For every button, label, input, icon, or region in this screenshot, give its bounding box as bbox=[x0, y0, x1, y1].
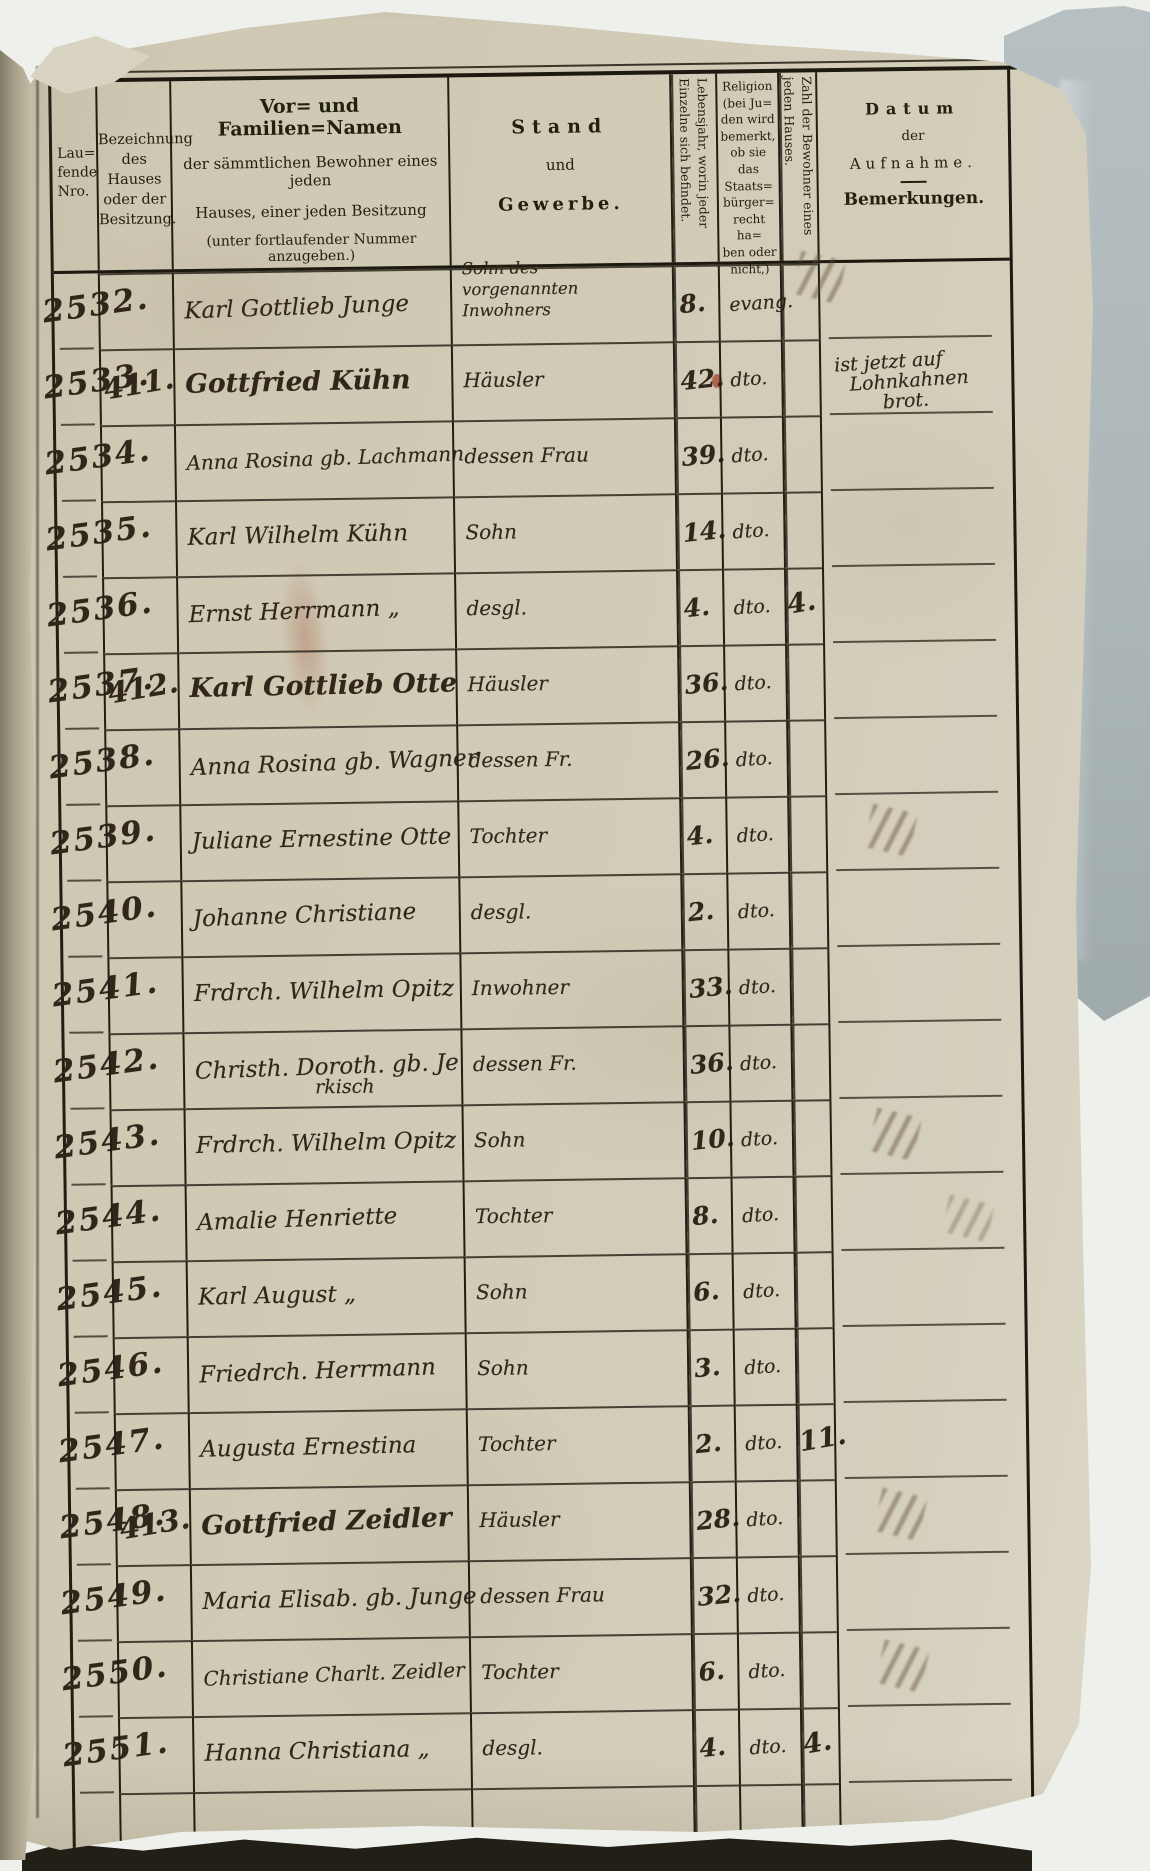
header-line: (bei Ju= bbox=[717, 94, 777, 111]
resident-name: Frdrch. Wilhelm Opitz bbox=[194, 976, 455, 1007]
religion-value: dto. bbox=[748, 1659, 786, 1683]
age-value: 4. bbox=[698, 1732, 727, 1763]
header-line: ob sie das bbox=[718, 144, 778, 178]
status-occupation: Häusler bbox=[467, 673, 548, 695]
age-value: 2. bbox=[686, 896, 715, 927]
age-value: 4. bbox=[685, 820, 714, 851]
header-line: bürger= bbox=[719, 194, 779, 211]
status-occupation: Häusler bbox=[463, 369, 544, 391]
religion-value: dto. bbox=[746, 1507, 784, 1531]
status-occupation: Tochter bbox=[478, 1433, 556, 1455]
ink-smudge bbox=[873, 1488, 928, 1541]
resident-name: Christiane Charlt. Zeidler bbox=[203, 1658, 465, 1691]
header-line: bemerkt, bbox=[718, 128, 778, 145]
ink-smudge bbox=[863, 804, 918, 857]
resident-name: Karl Gottlieb Junge bbox=[184, 291, 410, 325]
status-occupation: dessen Frau bbox=[464, 444, 589, 467]
header-line: und bbox=[450, 154, 670, 175]
column-header-laufende-nro: Lau= fende Nro. bbox=[51, 82, 98, 271]
status-occupation: Häusler bbox=[479, 1509, 560, 1531]
status-occupation: Inwohner bbox=[472, 977, 569, 999]
register-page: Lau= fende Nro. Bezeichnung des Hauses o… bbox=[0, 6, 1112, 1864]
status-occupation: dessen Fr. bbox=[469, 749, 573, 771]
religion-value: dto. bbox=[745, 1431, 783, 1455]
header-line: Stand bbox=[450, 114, 670, 139]
age-value: 3. bbox=[693, 1352, 722, 1383]
census-table: Lau= fende Nro. Bezeichnung des Hauses o… bbox=[48, 59, 1035, 1852]
header-line: den wird bbox=[718, 111, 778, 128]
header-line: Besitzung. bbox=[99, 209, 171, 230]
status-occupation: Sohn bbox=[476, 1281, 528, 1303]
status-occupation: dessen Fr. bbox=[473, 1053, 577, 1075]
age-value: 8. bbox=[691, 1200, 720, 1231]
status-occupation: desgl. bbox=[482, 1737, 543, 1759]
resident-name: Amalie Henriette bbox=[197, 1203, 398, 1236]
religion-value: dto. bbox=[733, 595, 771, 619]
header-line: fende bbox=[52, 163, 96, 183]
header-line: Lau= bbox=[52, 144, 96, 164]
house-number: 413. bbox=[117, 1501, 192, 1547]
header-line: der bbox=[818, 127, 1008, 146]
ink-smudge bbox=[867, 1108, 922, 1161]
religion-value: dto. bbox=[731, 443, 769, 467]
resident-name: Gottfried Zeidler bbox=[201, 1502, 452, 1542]
age-value: 6. bbox=[692, 1276, 721, 1307]
status-occupation: Sohn bbox=[477, 1357, 529, 1379]
status-occupation: Tochter bbox=[481, 1661, 559, 1683]
column-header-zahl-bewohner: Zahl der Bewohner eines jeden Hauses. bbox=[777, 72, 818, 261]
header-line: Gewerbe. bbox=[451, 192, 671, 216]
resident-name: Frdrch. Wilhelm Opitz bbox=[196, 1128, 457, 1159]
resident-name: Friedrch. Herrmann bbox=[199, 1354, 437, 1388]
header-line: Hauses, einer jeden Besitzung bbox=[173, 200, 449, 222]
age-value: 6. bbox=[697, 1656, 726, 1687]
header-line: ben oder bbox=[719, 244, 779, 261]
table-row: 2533. 411. Gottfried Kühn Häusler 42. dt… bbox=[55, 337, 1012, 426]
column-header-namen: Vor= und Familien=Namen der sämmtlichen … bbox=[169, 77, 450, 269]
status-occupation: desgl. bbox=[466, 597, 527, 619]
religion-value: dto. bbox=[737, 899, 775, 923]
resident-name: Johanne Christiane bbox=[192, 899, 416, 933]
header-title: Vor= und Familien=Namen bbox=[171, 93, 448, 141]
header-line: des Hauses bbox=[98, 149, 171, 190]
resident-name: Juliane Ernestine Otte bbox=[191, 824, 451, 855]
age-value: 2. bbox=[694, 1428, 723, 1459]
resident-name: Augusta Ernestina bbox=[200, 1432, 417, 1463]
rotated-header-text: Lebensjahr, worin jeder Einzelne sich be… bbox=[675, 74, 715, 258]
resident-name: Anna Rosina gb. Lachmann bbox=[186, 441, 464, 475]
column-header-lebensjahr: Lebensjahr, worin jeder Einzelne sich be… bbox=[669, 74, 718, 263]
resident-name: Karl Wilhelm Kühn bbox=[187, 520, 408, 551]
religion-value: dto. bbox=[749, 1735, 787, 1759]
resident-name: Karl August „ bbox=[198, 1281, 356, 1310]
scanned-register-page: Lau= fende Nro. Bezeichnung des Hauses o… bbox=[0, 0, 1150, 1871]
column-header-datum-bemerkungen: Datum der Aufnahme. Bemerkungen. bbox=[815, 70, 1010, 261]
status-occupation: Sohn bbox=[474, 1129, 526, 1151]
religion-value: dto. bbox=[747, 1583, 785, 1607]
header-line: Staats= bbox=[719, 177, 779, 194]
status-occupation: Tochter bbox=[470, 825, 548, 847]
empty-row bbox=[75, 1780, 1032, 1851]
religion-value: dto. bbox=[734, 671, 772, 695]
religion-value: dto. bbox=[738, 975, 776, 999]
household-count: 4. bbox=[785, 585, 818, 620]
religion-value: dto. bbox=[730, 367, 768, 391]
house-number: 411. bbox=[101, 361, 176, 407]
religion-value: dto. bbox=[739, 1051, 777, 1075]
header-divider bbox=[901, 181, 927, 183]
rotated-header-text: Zahl der Bewohner eines jeden Hauses. bbox=[779, 72, 819, 256]
status-occupation: Tochter bbox=[475, 1205, 553, 1227]
resident-name: Anna Rosina gb. Wagner bbox=[190, 745, 478, 781]
age-value: 8. bbox=[678, 288, 707, 319]
religion-value: dto. bbox=[741, 1203, 779, 1227]
column-header-religion: Religion (bei Ju= den wird bemerkt, ob s… bbox=[715, 73, 780, 262]
column-header-bezeichnung: Bezeichnung des Hauses oder der Besitzun… bbox=[95, 81, 172, 270]
resident-name: Gottfried Kühn bbox=[185, 364, 411, 400]
household-count: 4. bbox=[801, 1725, 834, 1760]
status-occupation: desgl. bbox=[471, 901, 532, 923]
header-line: Bemerkungen. bbox=[819, 188, 1009, 211]
header-line: der sämmtlichen Bewohner eines jeden bbox=[172, 151, 448, 191]
resident-name: Maria Elisab. gb. Junge bbox=[202, 1583, 477, 1615]
remark-text: ist jetzt aufLohnkahnenbrot. bbox=[834, 344, 1014, 416]
header-line: Datum bbox=[817, 98, 1007, 120]
table-header-row: Lau= fende Nro. Bezeichnung des Hauses o… bbox=[51, 70, 1010, 274]
column-header-stand-gewerbe: Stand und Gewerbe. bbox=[447, 74, 672, 265]
status-occupation: Sohn desvorgenanntenInwohners bbox=[462, 257, 579, 322]
book-bottom-shadow bbox=[22, 1834, 1032, 1871]
header-line: Aufnahme. bbox=[818, 153, 1008, 174]
header-line: recht ha= bbox=[719, 211, 779, 245]
header-line: Nro. bbox=[53, 182, 97, 202]
religion-value: dto. bbox=[740, 1127, 778, 1151]
religion-value: dto. bbox=[743, 1355, 781, 1379]
status-occupation: Sohn bbox=[465, 521, 517, 543]
age-value: 4. bbox=[682, 592, 711, 623]
resident-name: Karl Gottlieb Otte bbox=[189, 667, 457, 704]
table-body: 2532. Karl Gottlieb Junge Sohn desvorgen… bbox=[54, 261, 1031, 1794]
header-line: (unter fortlaufender Nummer anzugeben.) bbox=[173, 230, 449, 266]
status-occupation: dessen Frau bbox=[480, 1584, 605, 1607]
house-number: 412. bbox=[105, 665, 180, 711]
religion-value: dto. bbox=[732, 519, 770, 543]
binding-crevice bbox=[36, 66, 39, 1818]
religion-value: dto. bbox=[735, 747, 773, 771]
religion-value: dto. bbox=[736, 823, 774, 847]
resident-name: Ernst Herrmann „ bbox=[188, 595, 400, 628]
header-line: oder der bbox=[99, 189, 171, 210]
religion-value: dto. bbox=[742, 1279, 780, 1303]
header-line: Bezeichnung bbox=[98, 129, 170, 150]
header-line: Religion bbox=[717, 78, 777, 95]
ink-smudge bbox=[941, 1195, 994, 1243]
resident-name: Hanna Christiana „ bbox=[204, 1736, 430, 1767]
ink-smudge bbox=[875, 1640, 930, 1693]
